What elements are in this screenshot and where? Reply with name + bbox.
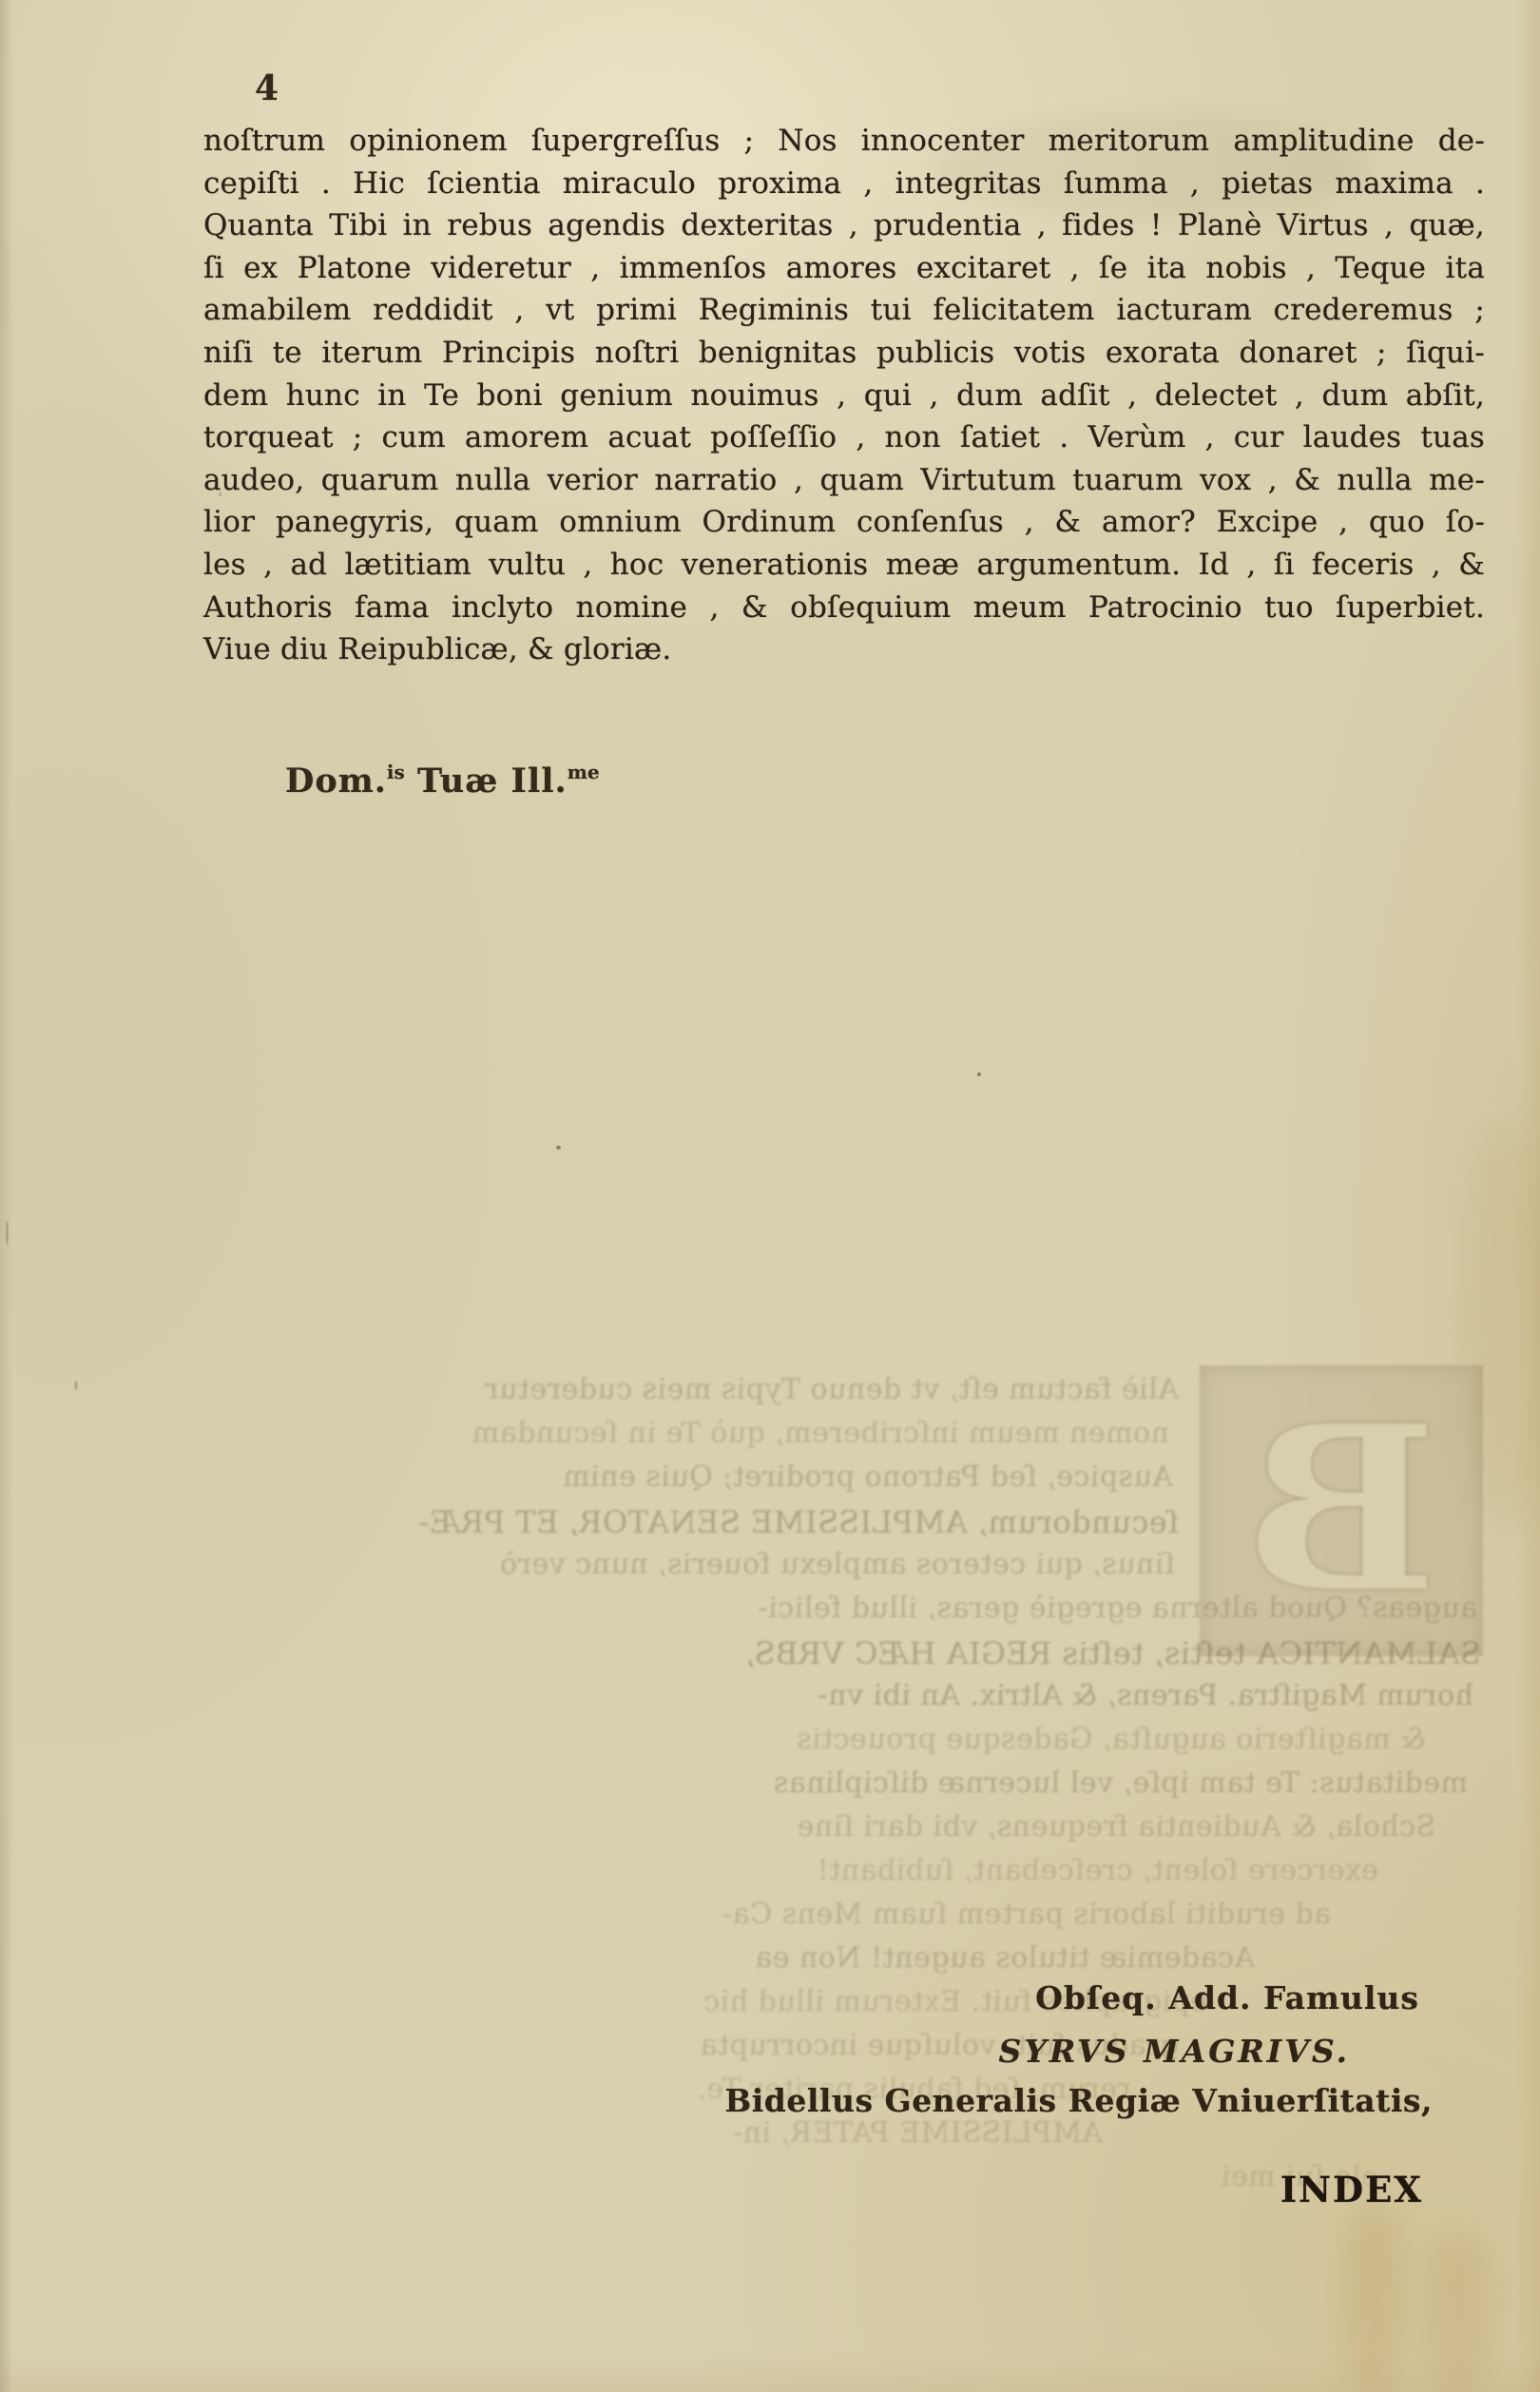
text-line: noſtrum opinionem ſupergreſſus ; Nos inn… (203, 120, 1485, 163)
page-number: 4 (255, 68, 279, 108)
salutation-superscript: me (568, 761, 600, 783)
scanned-book-page: { "page": { "number": "4" }, "main_text"… (0, 0, 1540, 2392)
salutation-superscript: is (387, 761, 405, 783)
text-line: audeo, quarum nulla verior narratio , qu… (203, 459, 1485, 502)
text-line: dem hunc in Te boni genium nouimus , qui… (203, 375, 1485, 417)
text-line: Viue diu Reipublicæ, & gloriæ. (203, 628, 1485, 671)
signature-title-line: Bidellus Generalis Regiæ Vniuerſitatis, (724, 2082, 1433, 2119)
text-line: Quanta Tibi in rebus agendis dexteritas … (203, 204, 1485, 247)
salutation-mid: Tuæ Ill. (405, 762, 568, 801)
salutation-line: Dom.is Tuæ Ill.me (285, 761, 600, 801)
paper-speck (74, 1380, 78, 1390)
paper-speck (556, 1146, 561, 1149)
main-paragraph: noſtrum opinionem ſupergreſſus ; Nos inn… (203, 120, 1485, 671)
paper-speck (977, 1072, 981, 1076)
text-line: amabilem reddidit , vt primi Regiminis t… (203, 289, 1485, 332)
text-line: les , ad lætitiam vultu , hoc veneration… (203, 544, 1485, 587)
text-line: torqueat ; cum amorem acuat poſſeſſio , … (203, 416, 1485, 459)
text-line: lior panegyris, quam omnium Ordinum conſ… (203, 501, 1485, 544)
text-line: ſi ex Platone videretur , immenſos amore… (203, 247, 1485, 290)
text-line: niſi te iterum Principis noſtri benignit… (203, 332, 1485, 375)
salutation-prefix: Dom. (285, 762, 387, 801)
text-line: cepiſti . Hic ſcientia miraculo proxima … (203, 163, 1485, 205)
index-heading: INDEX (1280, 2169, 1423, 2210)
signature-name-line: SYRVS MAGRIVS. (999, 2033, 1351, 2070)
text-line: Authoris fama inclyto nomine , & obſequi… (203, 587, 1485, 629)
paper-edge-mark (6, 1221, 9, 1245)
signature-role-line: Obſeq. Add. Famulus (1035, 1979, 1419, 2016)
